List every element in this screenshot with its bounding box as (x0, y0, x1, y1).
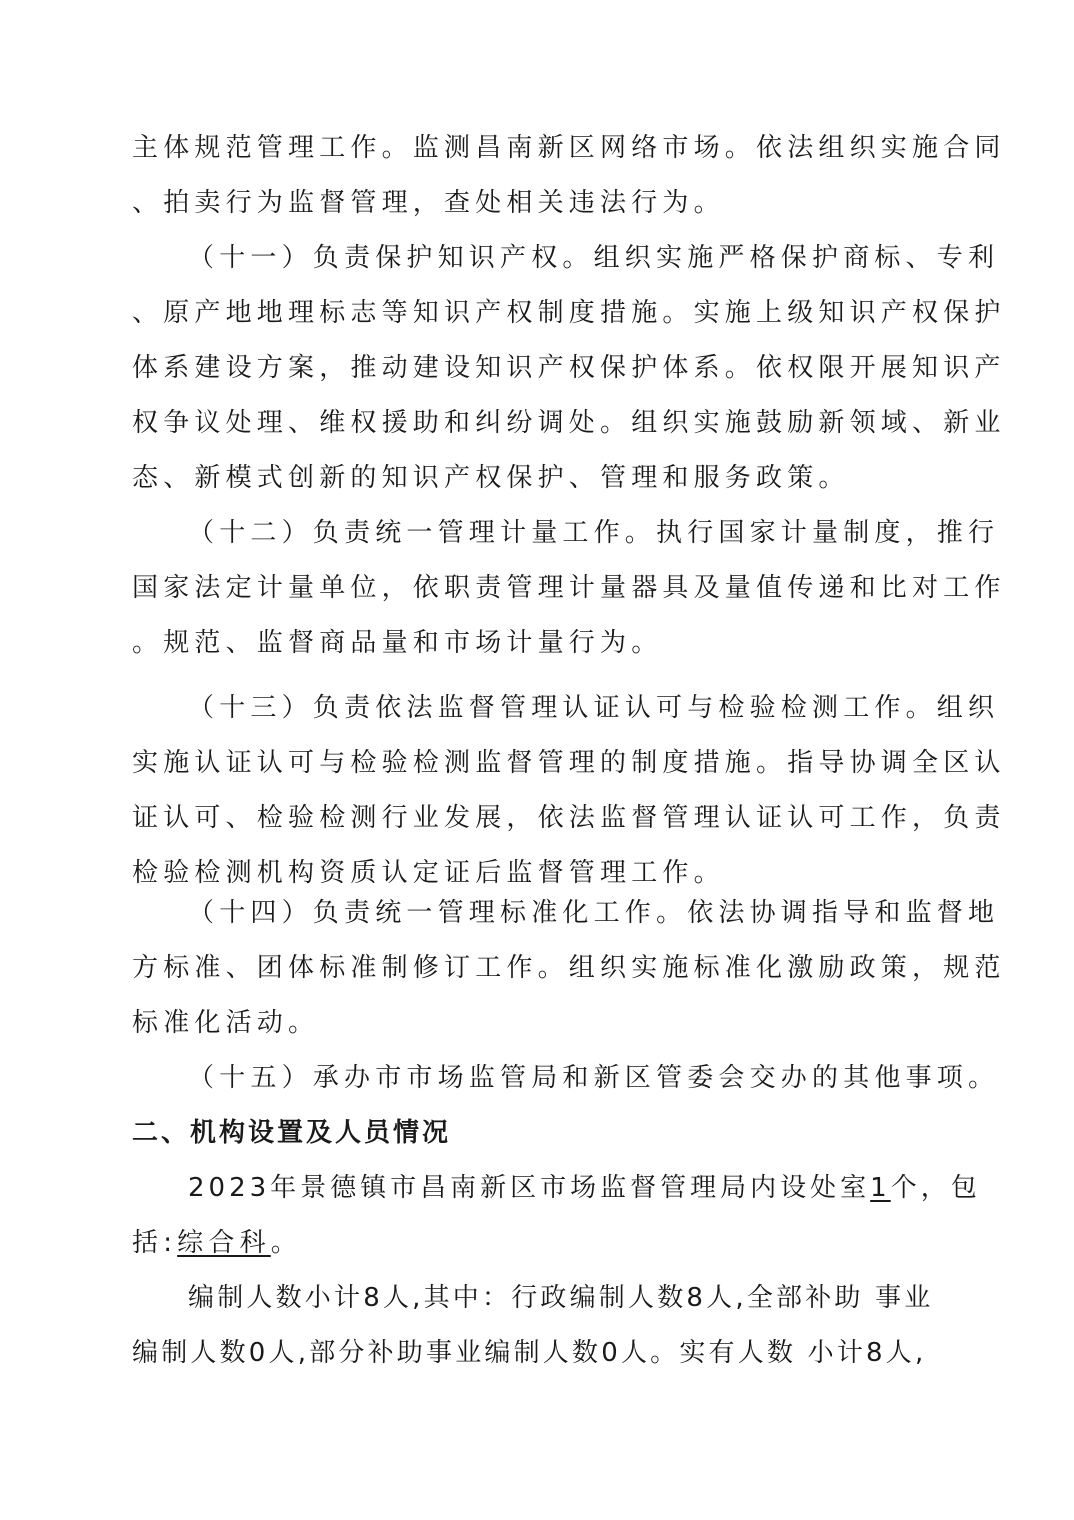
org-text-pre: 括: (132, 1228, 177, 1258)
text-line: 态、新模式创新的知识产权保护、管理和服务政策。 (132, 458, 942, 498)
office-count: 1 (870, 1173, 891, 1203)
text-line: 体系建设方案，推动建设知识产权保护体系。依权限开展知识产 (132, 348, 942, 388)
text-line: 、拍卖行为监督管理，查处相关违法行为。 (132, 183, 942, 223)
org-text-pre: 2023年景德镇市昌南新区市场监督管理局内设处室 (188, 1173, 870, 1203)
section-heading: 二、机构设置及人员情况 (132, 1113, 942, 1153)
text-line: 主体规范管理工作。监测昌南新区网络市场。依法组织实施合同 (132, 128, 942, 168)
org-text-post: 个，包 (891, 1173, 981, 1203)
staff-line-1: 编制人数小计8人,其中：行政编制人数8人,全部补助 事业 (188, 1278, 942, 1318)
text-line: 检验检测机构资质认定证后监督管理工作。 (132, 853, 942, 893)
paragraph-11-start: （十一）负责保护知识产权。组织实施严格保护商标、专利 (188, 238, 942, 278)
text-line: 国家法定计量单位，依职责管理计量器具及量值传递和比对工作 (132, 568, 942, 608)
org-line-2: 括:综合科。 (132, 1223, 942, 1263)
text-line: 方标准、团体标准制修订工作。组织实施标准化激励政策，规范 (132, 948, 942, 988)
org-line-1: 2023年景德镇市昌南新区市场监督管理局内设处室1个，包 (188, 1168, 942, 1208)
text-line: 标准化活动。 (132, 1003, 942, 1043)
paragraph-12-start: （十二）负责统一管理计量工作。执行国家计量制度，推行 (188, 513, 942, 553)
paragraph-13-start: （十三）负责依法监督管理认证认可与检验检测工作。组织 (188, 688, 942, 728)
org-text-post: 。 (271, 1228, 302, 1258)
text-line: 。规范、监督商品量和市场计量行为。 (132, 623, 942, 663)
text-line: 实施认证认可与检验检测监督管理的制度措施。指导协调全区认 (132, 743, 942, 783)
department-name: 综合科 (177, 1228, 271, 1258)
document-page: 主体规范管理工作。监测昌南新区网络市场。依法组织实施合同 、拍卖行为监督管理，查… (0, 0, 1074, 1520)
text-line: 证认可、检验检测行业发展，依法监督管理认证认可工作，负责 (132, 798, 942, 838)
text-line: 权争议处理、维权援助和纠纷调处。组织实施鼓励新领域、新业 (132, 403, 942, 443)
paragraph-15: （十五）承办市市场监管局和新区管委会交办的其他事项。 (188, 1058, 942, 1098)
staff-line-2: 编制人数0人,部分补助事业编制人数0人。实有人数 小计8人, (132, 1333, 942, 1373)
paragraph-14-start: （十四）负责统一管理标准化工作。依法协调指导和监督地 (188, 893, 942, 933)
text-line: 、原产地地理标志等知识产权制度措施。实施上级知识产权保护 (132, 293, 942, 333)
